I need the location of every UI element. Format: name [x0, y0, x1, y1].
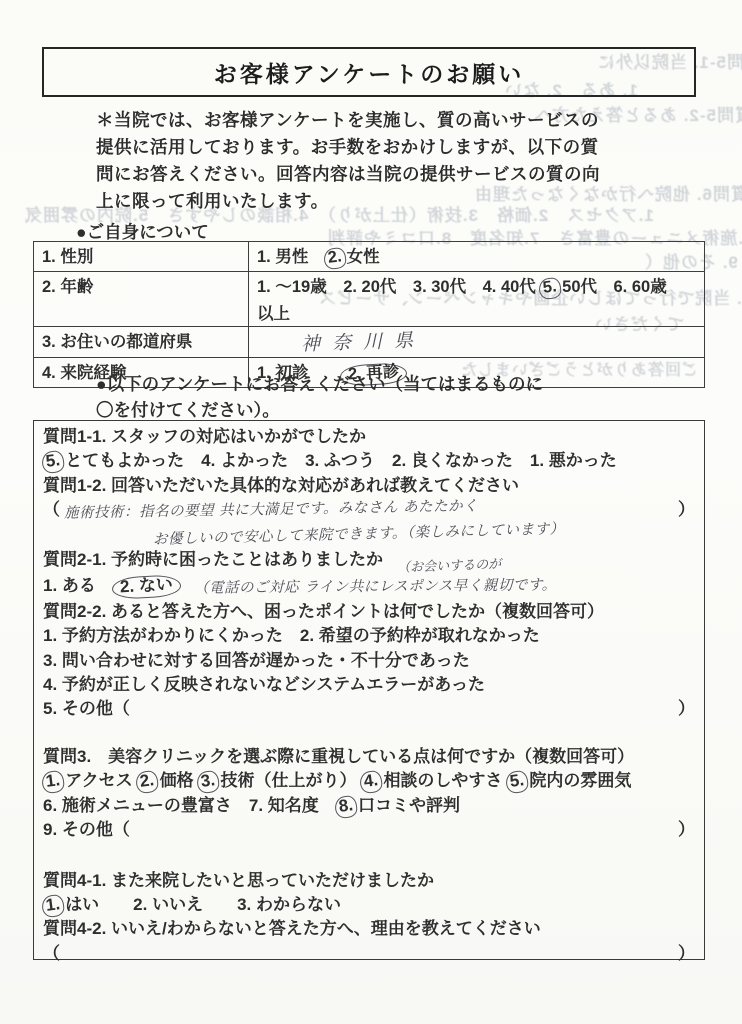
table-row-age: 2. 年齢 1. ～19歳 2. 20代 3. 30代 4. 40代 5.50代…	[34, 272, 705, 326]
q4-2-answer-line: （）	[43, 942, 695, 966]
circled-answer-q3-1: 1.	[41, 770, 66, 794]
q2-2-item: 1. 予約方法がわかりにくかった 2. 希望の予約枠が取れなかった	[43, 624, 695, 648]
circled-answer-q3-8: 8.	[334, 794, 359, 818]
option-text: 1. ～19歳 2. 20代 3. 30代 4. 40代	[257, 278, 540, 296]
circled-answer-q4-1: 1.	[41, 894, 66, 918]
q4-1-title: 質問4-1. また来院したいと思っていただけましたか	[43, 869, 695, 893]
q3-options-line2: 6. 施術メニューの豊富さ 7. 知名度 8.口コミや評判	[43, 794, 695, 818]
circled-answer-q1-1: 5.	[41, 450, 66, 474]
intro-line: 問にお答えください。回答内容は当院の提供サービスの質の向	[96, 161, 600, 188]
document-title: お客様アンケートのお願い	[214, 56, 525, 89]
q3-title: 質問3. 美容クリニックを選ぶ際に重視している点は何ですか（複数回答可）	[43, 745, 695, 769]
intro-line: ＊当院では、お客様アンケートを実施し、質の高いサービスの	[96, 107, 600, 134]
option-text: 50代 6. 60歳	[562, 278, 667, 296]
q2-2-item: 3. 問い合わせに対する回答が遅かった・不十分であった	[43, 649, 695, 673]
intro-line: 上に限って利用いたします。	[96, 188, 600, 215]
row-answer-prefecture: 神奈川県	[249, 326, 705, 357]
row-options-age: 1. ～19歳 2. 20代 3. 30代 4. 40代 5.50代 6. 60…	[249, 272, 705, 326]
handwritten-answer-q2-1: （電話のご対応 ライン共にレスポンス早く親切です。	[194, 574, 557, 602]
q2-2-title: 質問2-2. あると答えた方へ、困ったポイントは何でしたか（複数回答可）	[43, 600, 695, 624]
circled-answer-age: 5.	[538, 277, 562, 301]
intro-line: 提供に活用しております。お手数をおかけしますが、以下の質	[96, 134, 600, 161]
circled-answer-q3-4: 4.	[359, 770, 384, 794]
q3-options-line1: 1.アクセス 2.価格 3.技術（仕上がり） 4.相談のしやすさ 5.院内の雰囲…	[43, 769, 695, 793]
option-text-wrap: 以上	[257, 300, 696, 324]
q3-other-line: 9. その他（）	[43, 818, 695, 842]
about-table: 1. 性別 1. 男性 2.女性 2. 年齢 1. ～19歳 2. 20代 3.…	[33, 241, 705, 388]
option-text: 相談のしやすさ	[383, 771, 507, 790]
row-label-gender: 1. 性別	[34, 242, 249, 272]
option-text: 口コミや評判	[358, 796, 460, 815]
paren-close: ）	[678, 818, 695, 842]
option-text: 院内の雰囲気	[529, 771, 631, 790]
question-box: 質問1-1. スタッフの対応はいかがでしたか 5.とてもよかった 4. よかった…	[33, 420, 705, 960]
circled-answer-q3-3: 3.	[196, 770, 221, 794]
row-label-prefecture: 3. お住いの都道府県	[34, 326, 249, 357]
circled-answer-q3-5: 5.	[505, 770, 530, 794]
q1-1-title: 質問1-1. スタッフの対応はいかがでしたか	[43, 425, 695, 449]
survey-heading-line: ●以下のアンケートにお答えください（当てはまるものに	[96, 371, 543, 397]
paren-close: ）	[678, 942, 695, 966]
scanned-survey-page: 質問5-1. 当院以外に 1. ある 2. ない 質問5-2. あると答えた方へ…	[0, 0, 742, 1024]
q1-2-title: 質問1-2. 回答いただいた具体的な対応があれば教えてください	[43, 474, 695, 498]
paren-close: ）	[678, 697, 695, 721]
q2-1-options: 1. ある 2. ない（電話のご対応 ライン共にレスポンス早く親切です。	[43, 574, 695, 599]
option-text: 9. その他（	[43, 818, 130, 842]
q1-2-answer-line: （施術技術：指名の要望 共に大満足です。みなさん あたたかく）	[43, 498, 695, 522]
q1-1-options: 5.とてもよかった 4. よかった 3. ふつう 2. 良くなかった 1. 悪か…	[43, 449, 695, 473]
row-label-age: 2. 年齢	[34, 272, 249, 326]
q4-2-title: 質問4-2. いいえ/わからないと答えた方へ、理由を教えてください	[43, 917, 695, 941]
row-options-gender: 1. 男性 2.女性	[249, 242, 705, 272]
paren-open: （	[43, 942, 60, 966]
circled-answer-q3-2: 2.	[135, 770, 160, 794]
option-text: はい 2. いいえ 3. わからない	[65, 895, 341, 914]
circled-answer-gender: 2.	[323, 247, 347, 271]
handwritten-prefecture: 神奈川県	[257, 325, 426, 358]
q2-2-other-line: 5. その他（）	[43, 697, 695, 721]
intro-paragraph: ＊当院では、お客様アンケートを実施し、質の高いサービスの 提供に活用しております…	[96, 107, 600, 215]
q2-2-item: 4. 予約が正しく反映されないなどシステムエラーがあった	[43, 673, 695, 697]
q1-2-answer-line2: お優しいので安心して来院できます。（楽しみにしています）	[43, 523, 695, 548]
q4-1-options: 1.はい 2. いいえ 3. わからない	[43, 893, 695, 917]
option-text: 6. 施術メニューの豊富さ 7. 知名度	[43, 796, 336, 815]
paren-open: （	[43, 498, 60, 522]
option-text: アクセス	[65, 771, 137, 790]
option-text: とてもよかった 4. よかった 3. ふつう 2. 良くなかった 1. 悪かった	[65, 451, 617, 470]
option-text: 価格	[160, 771, 199, 790]
table-row-prefecture: 3. お住いの都道府県 神奈川県	[34, 326, 705, 357]
section-heading-survey: ●以下のアンケートにお答えください（当てはまるものに 〇を付けてください）。	[96, 371, 543, 423]
option-text: 技術（仕上がり）	[221, 771, 362, 790]
option-text: 女性	[347, 248, 380, 266]
option-text: 5. その他（	[43, 697, 130, 721]
option-text: 1. ある	[43, 576, 113, 595]
circled-answer-q2-1: 2. ない	[111, 575, 181, 600]
option-text: 1. 男性	[257, 248, 325, 266]
table-row-gender: 1. 性別 1. 男性 2.女性	[34, 242, 705, 272]
document-title-box: お客様アンケートのお願い	[42, 47, 696, 97]
paren-close: ）	[678, 498, 695, 522]
